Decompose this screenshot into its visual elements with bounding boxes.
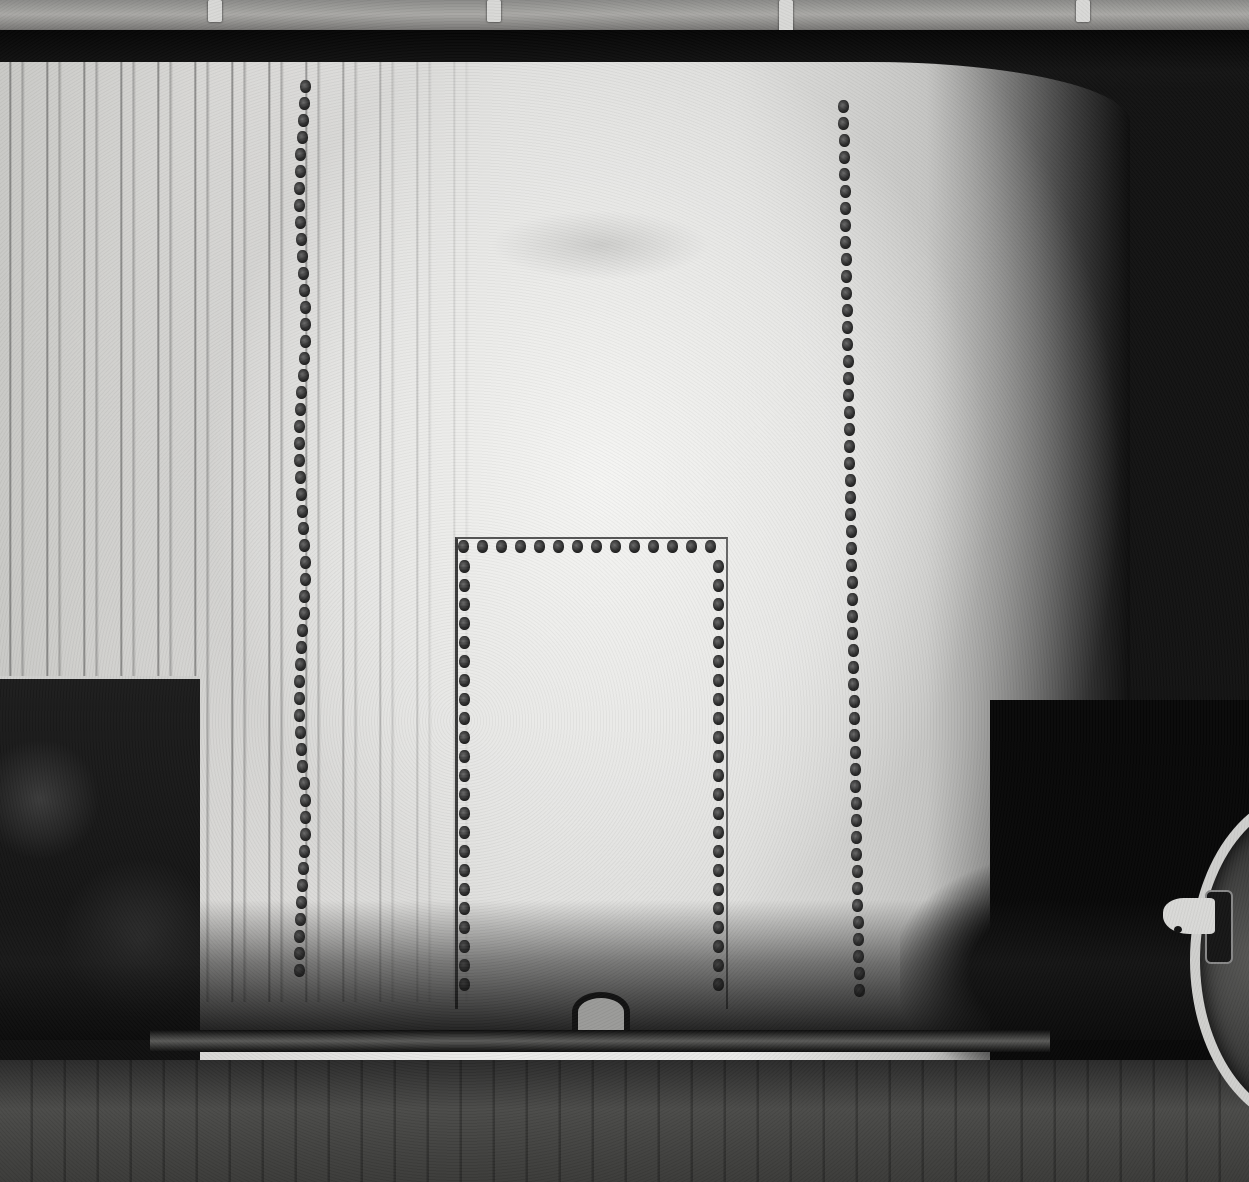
rivet [299,352,310,365]
rivet [838,117,849,130]
rivet [300,318,311,331]
rivet [713,788,724,801]
rivet [713,864,724,877]
rivet [839,168,850,181]
rivet [459,864,470,877]
rivet [667,540,678,553]
rivet [841,287,852,300]
rivet [713,826,724,839]
rivet [477,540,488,553]
rivet [648,540,659,553]
rivet [851,797,862,810]
rivet [840,219,851,232]
rivet [844,406,855,419]
rivet [686,540,697,553]
rivet [295,165,306,178]
rivet [458,540,469,553]
rivet [610,540,621,553]
rivet [300,80,311,93]
rivet [848,661,859,674]
rivet [459,636,470,649]
rivet [713,636,724,649]
rivet [845,474,856,487]
rivet [459,731,470,744]
rivet [295,216,306,229]
rivet [850,763,861,776]
rivet [844,423,855,436]
rivet [459,826,470,839]
rivet [839,134,850,147]
rivet [295,403,306,416]
beam-clip [487,0,501,22]
rivet [846,542,857,555]
water-stain [490,210,710,280]
rivet [459,788,470,801]
rivet [572,540,583,553]
rivet [840,185,851,198]
rivet [294,199,305,212]
rivet [295,658,306,671]
rivet [849,729,860,742]
rivet [297,250,308,263]
hatch-hinge [1163,898,1215,934]
rivet [459,560,470,573]
rivet [295,726,306,739]
rivet [713,598,724,611]
rivet [297,879,308,892]
rivet [299,607,310,620]
rivet [294,437,305,450]
rivet [459,845,470,858]
rivet [299,845,310,858]
rivet [459,693,470,706]
rivet [841,253,852,266]
tank-wall-photograph [0,0,1249,1182]
rivet [852,882,863,895]
rivet [459,655,470,668]
rivet [842,338,853,351]
rivet [300,556,311,569]
rivet [294,182,305,195]
rivet [713,750,724,763]
rivet [459,883,470,896]
rivet [459,712,470,725]
beam-clip [1076,0,1090,22]
rivet [298,267,309,280]
rivet [838,100,849,113]
rivet [300,335,311,348]
rivet [847,593,858,606]
rivet [295,471,306,484]
rivet [843,355,854,368]
rivet [299,777,310,790]
rivet [713,769,724,782]
rivet [847,576,858,589]
rivet [850,780,861,793]
rivet [713,674,724,687]
rivet [851,831,862,844]
rivet [300,794,311,807]
rivet [297,131,308,144]
rivet [844,440,855,453]
rivet [846,525,857,538]
rivet [300,301,311,314]
rivet [297,624,308,637]
rivet [297,505,308,518]
rivet [299,284,310,297]
rivet [300,828,311,841]
rivet [847,610,858,623]
rivet [294,709,305,722]
rivet [840,202,851,215]
hinge-bolt [1174,926,1182,933]
rivet [591,540,602,553]
rivet [298,862,309,875]
rivet [298,522,309,535]
rivet [300,811,311,824]
rivet [713,807,724,820]
rivet [296,386,307,399]
rivet [846,559,857,572]
rivet [713,617,724,630]
rivet [459,598,470,611]
rivet [845,491,856,504]
floor [0,1060,1249,1182]
rivet [459,750,470,763]
rivet [294,692,305,705]
rivet [300,573,311,586]
rivet [852,865,863,878]
rivet [713,693,724,706]
rivet [459,674,470,687]
rivet [298,114,309,127]
rivet [713,712,724,725]
rivet [843,389,854,402]
rivet [296,641,307,654]
rivet [515,540,526,553]
rivet [459,769,470,782]
rivet [843,372,854,385]
rivet [841,270,852,283]
rivet [713,731,724,744]
rivet [848,644,859,657]
rivet [459,579,470,592]
beam-clip [208,0,222,22]
rivet [842,304,853,317]
rivet [296,488,307,501]
rivet [299,97,310,110]
rivet [294,420,305,433]
rivet [294,675,305,688]
rivet [851,814,862,827]
rivet [842,321,853,334]
rivet [496,540,507,553]
rivet [848,678,859,691]
rivet [534,540,545,553]
rivet [299,539,310,552]
rivet [298,369,309,382]
rivet [713,560,724,573]
rivet [849,712,860,725]
rivet [553,540,564,553]
rivet [629,540,640,553]
rivet [459,617,470,630]
rivet [713,883,724,896]
rivet [713,845,724,858]
drain-hole [572,992,630,1032]
rivet [296,743,307,756]
rivet [845,508,856,521]
rivet [705,540,716,553]
rivet [839,151,850,164]
rivet [294,454,305,467]
base-ledge [150,1030,1050,1052]
rivet [459,807,470,820]
rivet [849,695,860,708]
rivet [296,233,307,246]
rivet [713,579,724,592]
rivet [850,746,861,759]
rivet [713,655,724,668]
